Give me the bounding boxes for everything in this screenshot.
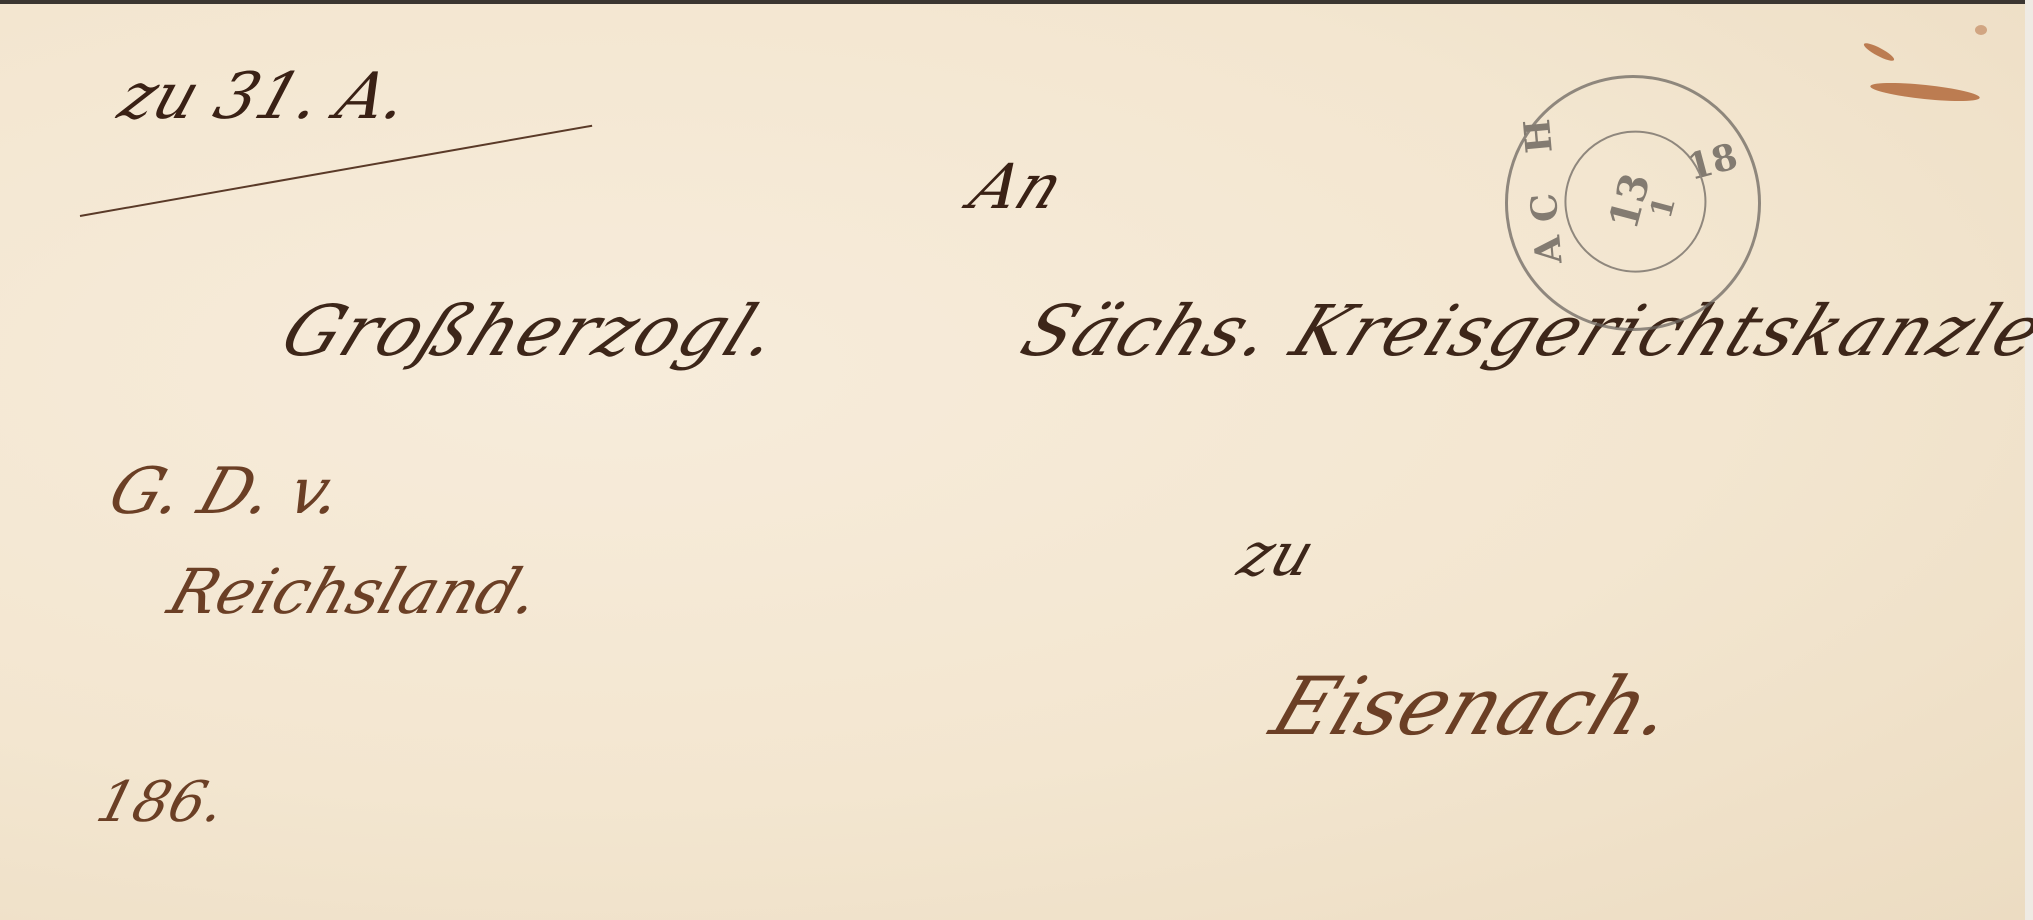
ink-stain	[1975, 25, 1987, 35]
reference-note: zu 31. A.	[110, 60, 418, 134]
destination-city: Eisenach.	[1260, 660, 1687, 753]
postmark-town: AC H	[1515, 103, 1571, 265]
top-edge	[0, 0, 2033, 4]
ink-stain	[1870, 79, 1981, 104]
preposition: zu	[1230, 520, 1323, 590]
reference-underline	[80, 125, 592, 217]
docket-number: 186.	[90, 770, 232, 835]
salutation: An	[960, 150, 1074, 223]
envelope: zu 31. A. An Großherzogl. Sächs. Kreisge…	[0, 0, 2033, 920]
left-note-line-2: Reichsland.	[160, 555, 550, 628]
postmark-inner-ring: 13 1	[1548, 115, 1722, 289]
left-note-line-1: G. D. v.	[100, 455, 352, 529]
recipient-part-1: Großherzogl.	[270, 290, 794, 372]
right-edge	[2025, 0, 2033, 920]
ink-stain	[1862, 40, 1896, 63]
recipient-part-2: Sächs.	[1010, 290, 1287, 372]
